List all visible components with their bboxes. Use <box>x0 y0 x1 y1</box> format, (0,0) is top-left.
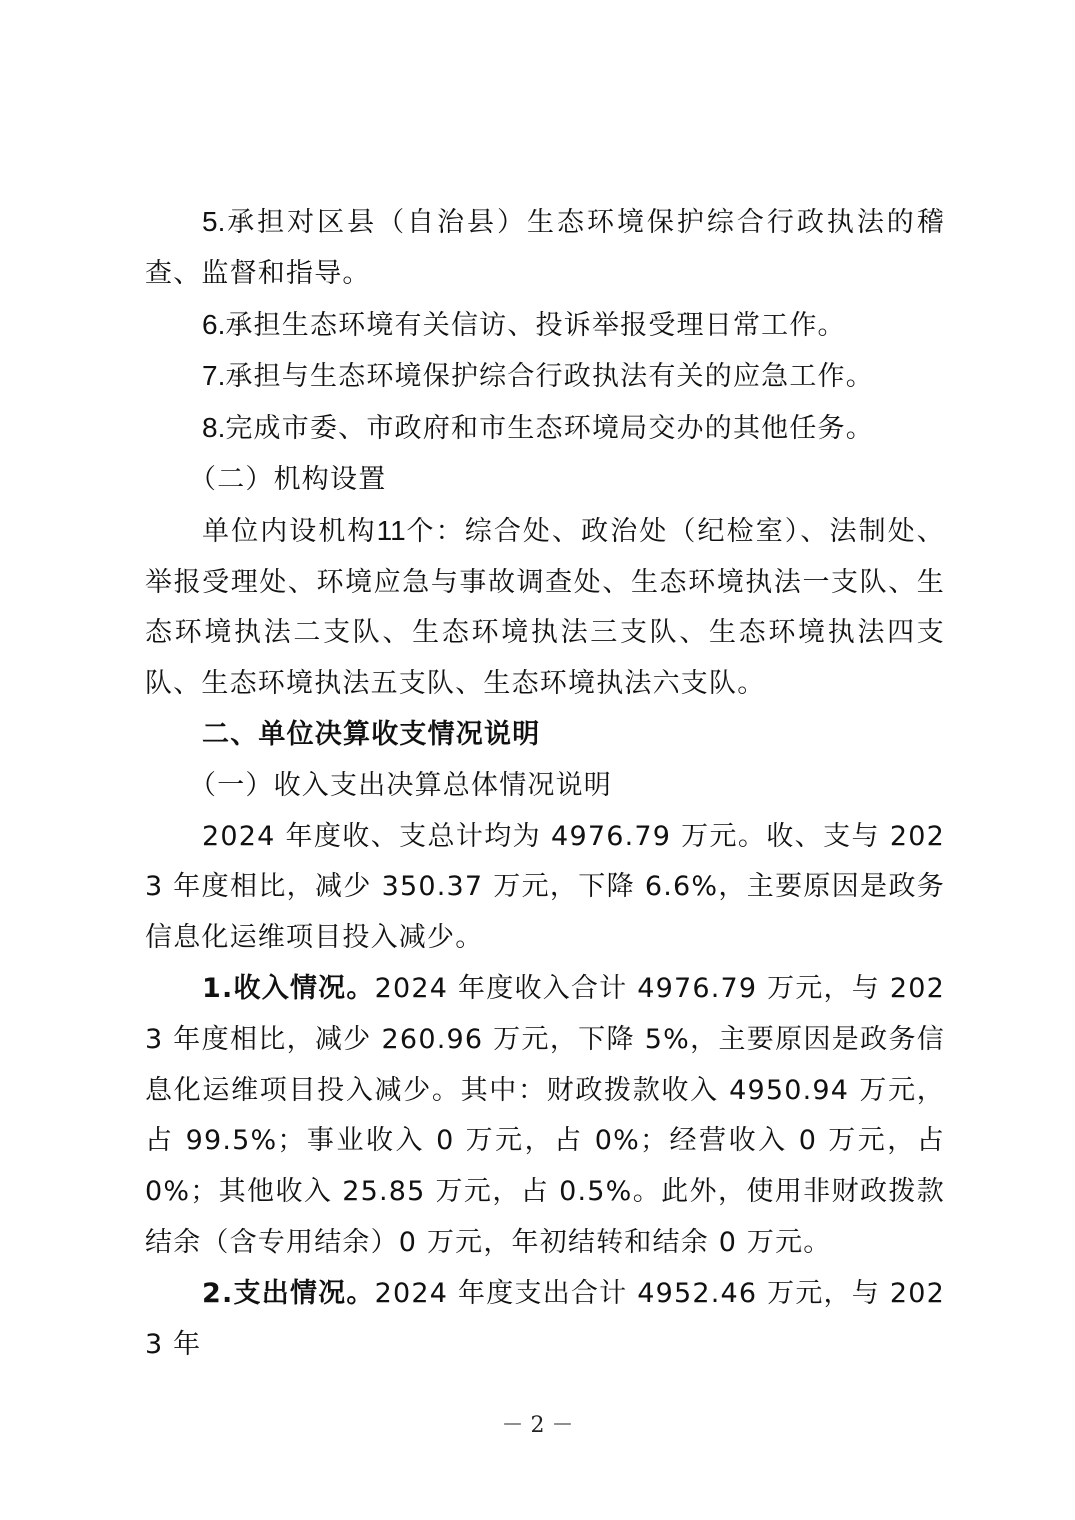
item-text: 承担与生态环境保护综合行政执法有关的应急工作。 <box>225 361 874 392</box>
subheading-overall: （一）收入支出决算总体情况说明 <box>145 761 945 812</box>
item-text: 完成市委、市政府和市生态环境局交办的其他任务。 <box>225 413 874 444</box>
item-number: 8. <box>202 412 225 443</box>
list-item-5: 5.承担对区县（自治县）生态环境保护综合行政执法的稽查、监督和指导。 <box>145 197 945 300</box>
list-item-8: 8.完成市委、市政府和市生态环境局交办的其他任务。 <box>145 403 945 455</box>
list-item-7: 7.承担与生态环境保护综合行政执法有关的应急工作。 <box>145 351 945 403</box>
subheading-org-setup: （二）机构设置 <box>145 455 945 506</box>
dept-count: 11 <box>377 515 406 546</box>
item-number: 6. <box>202 309 225 340</box>
section-heading: 二、单位决算收支情况说明 <box>145 710 945 761</box>
expense-lead: 2.支出情况。 <box>202 1278 375 1309</box>
list-item-6: 6.承担生态环境有关信访、投诉举报受理日常工作。 <box>145 300 945 352</box>
paragraph-income: 1.收入情况。2024 年度收入合计 4976.79 万元，与 2023 年度相… <box>145 964 945 1269</box>
paragraph-overall: 2024 年度收、支总计均为 4976.79 万元。收、支与 2023 年度相比… <box>145 812 945 964</box>
item-number: 7. <box>202 360 225 391</box>
paragraph-expense: 2.支出情况。2024 年度支出合计 4952.46 万元，与 2023 年 <box>145 1269 945 1371</box>
document-page: 5.承担对区县（自治县）生态环境保护综合行政执法的稽查、监督和指导。 6.承担生… <box>0 0 1075 1520</box>
item-text: 承担生态环境有关信访、投诉举报受理日常工作。 <box>225 310 845 341</box>
document-body: 5.承担对区县（自治县）生态环境保护综合行政执法的稽查、监督和指导。 6.承担生… <box>145 197 945 1370</box>
text: 单位内设机构 <box>202 516 377 547</box>
page-number: － 2 － <box>0 1408 1075 1439</box>
item-number: 5. <box>202 206 225 237</box>
item-text: 承担对区县（自治县）生态环境保护综合行政执法的稽查、监督和指导。 <box>145 207 945 289</box>
paragraph-org-structure: 单位内设机构11个：综合处、政治处（纪检室）、法制处、举报受理处、环境应急与事故… <box>145 506 945 710</box>
income-text: 2024 年度收入合计 4976.79 万元，与 2023 年度相比，减少 26… <box>145 973 945 1258</box>
income-lead: 1.收入情况。 <box>202 973 375 1004</box>
